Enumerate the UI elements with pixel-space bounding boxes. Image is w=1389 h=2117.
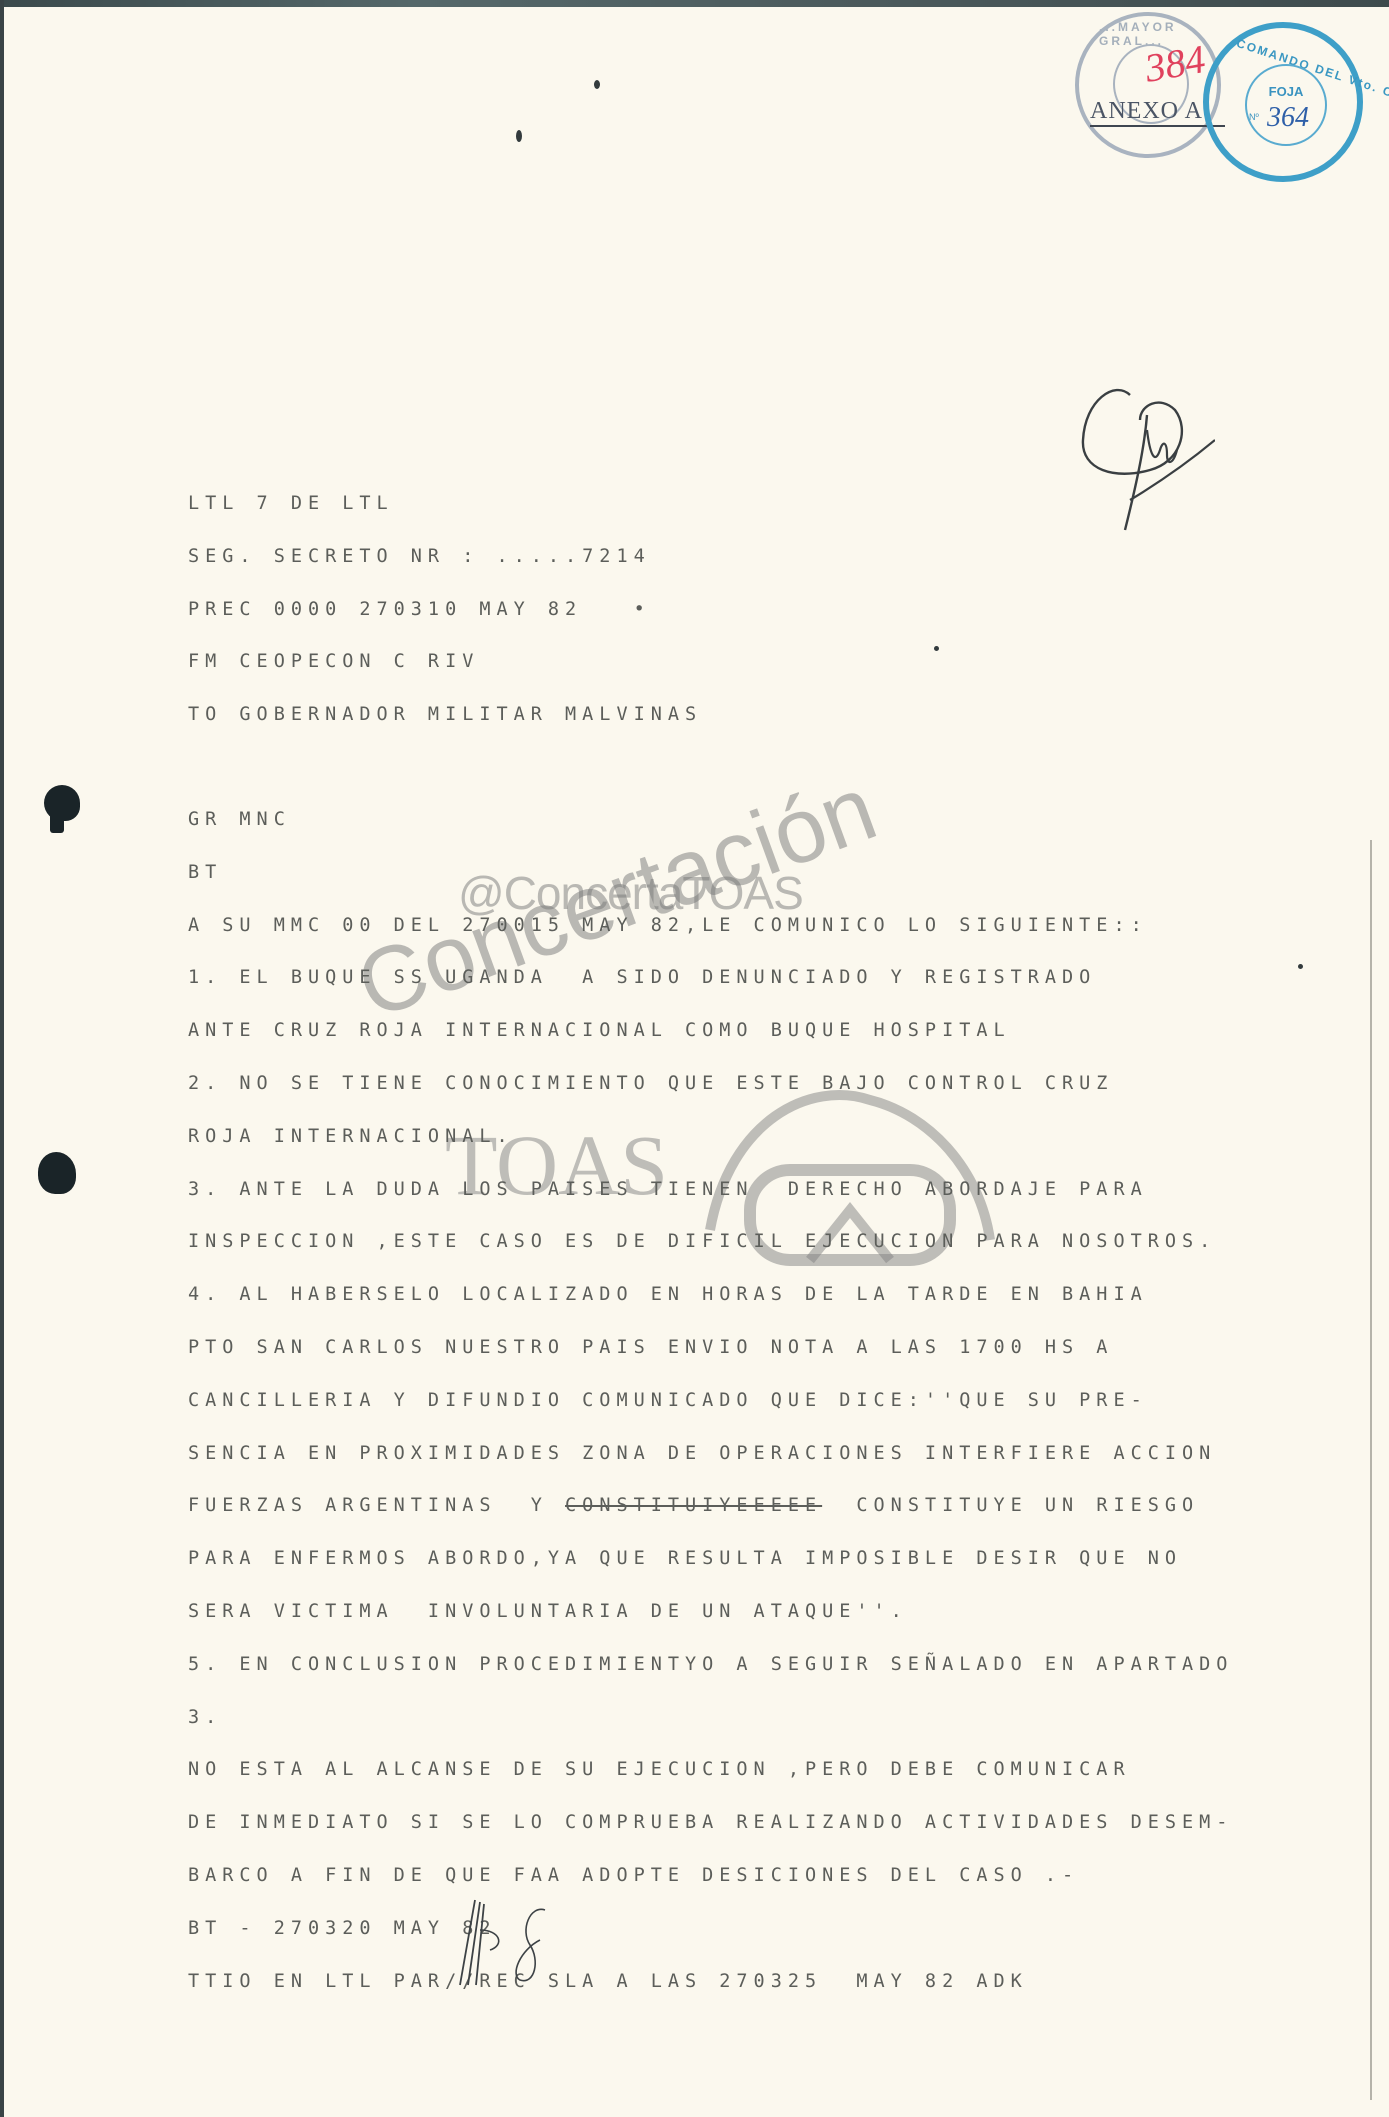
body-line: 3. <box>188 1692 1188 1745</box>
punch-hole <box>44 785 80 821</box>
scan-left-edge <box>0 0 4 2117</box>
handwritten-initials <box>440 1890 570 1990</box>
group-line: GR MNC <box>188 794 1188 847</box>
foja-number-prefix: Nº <box>1249 112 1259 122</box>
body-line: BARCO A FIN DE QUE FAA ADOPTE DESICIONES… <box>188 1850 1188 1903</box>
punch-hole <box>38 1152 76 1194</box>
speck <box>1298 964 1303 969</box>
body-line: 4. AL HABERSELO LOCALIZADO EN HORAS DE L… <box>188 1269 1188 1322</box>
body-line: PTO SAN CARLOS NUESTRO PAIS ENVIO NOTA A… <box>188 1322 1188 1375</box>
body-line: DE INMEDIATO SI SE LO COMPRUEBA REALIZAN… <box>188 1797 1188 1850</box>
break-close-line: BT - 270320 MAY 82 <box>188 1903 1188 1956</box>
header-line: SEG. SECRETO NR : .....7214 <box>188 531 1188 584</box>
body-line: 2. NO SE TIENE CONOCIMIENTO QUE ESTE BAJ… <box>188 1058 1188 1111</box>
message-document: LTL 7 DE LTL SEG. SECRETO NR : .....7214… <box>188 478 1188 2008</box>
body-line: INSPECCION ,ESTE CASO ES DE DIFICIL EJEC… <box>188 1216 1188 1269</box>
body-line: PARA ENFERMOS ABORDO,YA QUE RESULTA IMPO… <box>188 1533 1188 1586</box>
speck <box>594 80 600 89</box>
body-line: ANTE CRUZ ROJA INTERNACIONAL COMO BUQUE … <box>188 1005 1188 1058</box>
scan-top-edge <box>0 0 1389 7</box>
body-line: NO ESTA AL ALCANSE DE SU EJECUCION ,PERO… <box>188 1744 1188 1797</box>
header-line: TO GOBERNADOR MILITAR MALVINAS <box>188 689 1188 742</box>
struck-text: CONSTITUIYEEEEE <box>565 1495 822 1516</box>
body-line: SENCIA EN PROXIMIDADES ZONA DE OPERACION… <box>188 1428 1188 1481</box>
page-fold-line <box>1370 840 1372 2100</box>
header-line: LTL 7 DE LTL <box>188 478 1188 531</box>
text-after-strike: CONSTITUYE UN RIESGO <box>822 1495 1199 1516</box>
header-line: FM CEOPECON C RIV <box>188 636 1188 689</box>
foja-number: 364 <box>1267 102 1309 134</box>
foja-label: FOJA <box>1247 84 1325 99</box>
speck <box>516 130 522 142</box>
body-line: SERA VICTIMA INVOLUNTARIA DE UN ATAQUE''… <box>188 1586 1188 1639</box>
header-line: PREC 0000 270310 MAY 82 • <box>188 584 1188 637</box>
text-before-strike: FUERZAS ARGENTINAS Y <box>188 1495 565 1516</box>
body-line: ROJA INTERNACIONAL. <box>188 1111 1188 1164</box>
body-line: 5. EN CONCLUSION PROCEDIMIENTYO A SEGUIR… <box>188 1639 1188 1692</box>
body-line: CANCILLERIA Y DIFUNDIO COMUNICADO QUE DI… <box>188 1375 1188 1428</box>
body-line-with-strikethrough: FUERZAS ARGENTINAS Y CONSTITUIYEEEEE CON… <box>188 1480 1188 1533</box>
body-line: 1. EL BUQUE SS UGANDA A SIDO DENUNCIADO … <box>188 952 1188 1005</box>
transmission-line: TTIO EN LTL PAR//REC SLA A LAS 270325 MA… <box>188 1956 1188 2009</box>
break-open-line: BT <box>188 847 1188 900</box>
command-stamp: COMANDO DEL Vto. CUERPO DE EJERCITO FOJA… <box>1203 22 1363 182</box>
body-line: A SU MMC 00 DEL 270015 MAY 82,LE COMUNIC… <box>188 900 1188 953</box>
body-line: 3. ANTE LA DUDA LOS PAISES TIENEN DERECH… <box>188 1164 1188 1217</box>
